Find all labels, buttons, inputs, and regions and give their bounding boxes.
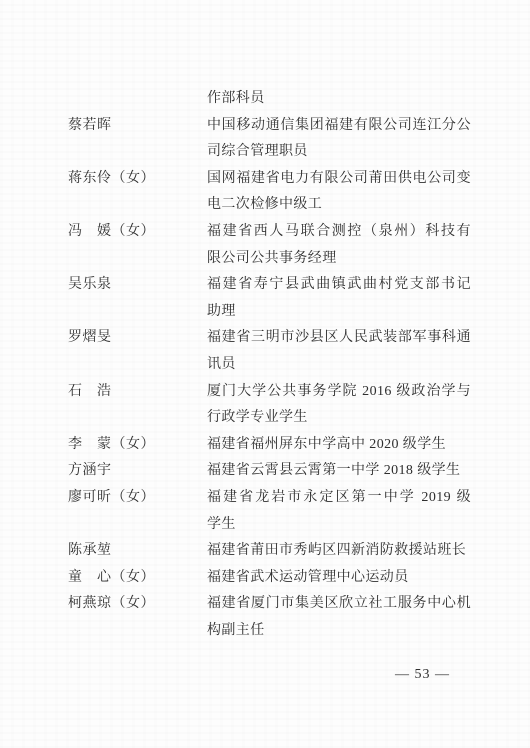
affiliation-line: 国网福建省电力有限公司莆田供电公司变 — [207, 166, 471, 193]
person-affiliation: 福建省云霄县云霄第一中学 2018 级学生 — [207, 458, 471, 485]
person-name: 童 心（女） — [68, 565, 207, 592]
person-name: 石 浩 — [68, 379, 207, 406]
affiliation-line: 厦门大学公共事务学院 2016 级政治学与 — [207, 379, 471, 406]
list-entry: 李 蒙（女） 福建省福州屏东中学高中 2020 级学生 — [68, 432, 471, 459]
person-affiliation: 作部科员 — [207, 86, 471, 113]
person-affiliation: 福建省三明市沙县区人民武装部军事科通讯员 — [207, 325, 471, 378]
list-entry: 作部科员 — [68, 86, 471, 113]
person-affiliation: 福建省龙岩市永定区第一中学 2019 级学生 — [207, 485, 471, 538]
affiliation-line: 福建省云霄县云霄第一中学 2018 级学生 — [207, 458, 471, 485]
affiliation-line: 福建省武术运动管理中心运动员 — [207, 565, 471, 592]
list-entry: 冯 媛（女） 福建省西人马联合测控（泉州）科技有限公司公共事务经理 — [68, 219, 471, 272]
affiliation-line: 福建省龙岩市永定区第一中学 2019 级 — [207, 485, 471, 512]
affiliation-line: 福建省寿宁县武曲镇武曲村党支部书记 — [207, 272, 471, 299]
affiliation-line: 福建省厦门市集美区欣立社工服务中心机 — [207, 591, 471, 618]
affiliation-line: 福建省三明市沙县区人民武装部军事科通 — [207, 325, 471, 352]
person-name: 方涵宇 — [68, 458, 207, 485]
person-name: 吴乐泉 — [68, 272, 207, 299]
affiliation-line: 行政学专业学生 — [207, 405, 471, 432]
person-affiliation: 福建省西人马联合测控（泉州）科技有限公司公共事务经理 — [207, 219, 471, 272]
person-affiliation: 福建省武术运动管理中心运动员 — [207, 565, 471, 592]
list-entry: 童 心（女） 福建省武术运动管理中心运动员 — [68, 565, 471, 592]
affiliation-line: 作部科员 — [207, 86, 471, 113]
page-number: — 53 — — [395, 666, 450, 684]
affiliation-line: 福建省福州屏东中学高中 2020 级学生 — [207, 432, 471, 459]
person-affiliation: 福建省福州屏东中学高中 2020 级学生 — [207, 432, 471, 459]
affiliation-line: 中国移动通信集团福建有限公司连江分公 — [207, 113, 471, 140]
person-name: 罗熠旻 — [68, 325, 207, 352]
list-entry: 石 浩 厦门大学公共事务学院 2016 级政治学与行政学专业学生 — [68, 379, 471, 432]
list-entry: 蒋东伶（女） 国网福建省电力有限公司莆田供电公司变电二次检修中级工 — [68, 166, 471, 219]
person-name: 蒋东伶（女） — [68, 166, 207, 193]
person-affiliation: 福建省厦门市集美区欣立社工服务中心机构副主任 — [207, 591, 471, 644]
affiliation-line: 福建省西人马联合测控（泉州）科技有 — [207, 219, 471, 246]
person-affiliation: 福建省寿宁县武曲镇武曲村党支部书记助理 — [207, 272, 471, 325]
person-name: 蔡若晖 — [68, 113, 207, 140]
person-affiliation: 厦门大学公共事务学院 2016 级政治学与行政学专业学生 — [207, 379, 471, 432]
person-affiliation: 国网福建省电力有限公司莆田供电公司变电二次检修中级工 — [207, 166, 471, 219]
affiliation-line: 福建省莆田市秀屿区四新消防救援站班长 — [207, 538, 471, 565]
person-name: 廖可昕（女） — [68, 485, 207, 512]
affiliation-line: 限公司公共事务经理 — [207, 246, 471, 273]
list-entry: 陈承堃 福建省莆田市秀屿区四新消防救援站班长 — [68, 538, 471, 565]
list-entry: 方涵宇 福建省云霄县云霄第一中学 2018 级学生 — [68, 458, 471, 485]
list-entry: 蔡若晖 中国移动通信集团福建有限公司连江分公司综合管理职员 — [68, 113, 471, 166]
recognition-list: 作部科员 蔡若晖 中国移动通信集团福建有限公司连江分公司综合管理职员 蒋东伶（女… — [68, 86, 471, 644]
document-page: 作部科员 蔡若晖 中国移动通信集团福建有限公司连江分公司综合管理职员 蒋东伶（女… — [0, 0, 530, 748]
person-affiliation: 中国移动通信集团福建有限公司连江分公司综合管理职员 — [207, 113, 471, 166]
person-name: 柯燕琼（女） — [68, 591, 207, 618]
affiliation-line: 司综合管理职员 — [207, 139, 471, 166]
person-name: 陈承堃 — [68, 538, 207, 565]
person-name: 冯 媛（女） — [68, 219, 207, 246]
affiliation-line: 助理 — [207, 299, 471, 326]
list-entry: 柯燕琼（女） 福建省厦门市集美区欣立社工服务中心机构副主任 — [68, 591, 471, 644]
list-entry: 吴乐泉 福建省寿宁县武曲镇武曲村党支部书记助理 — [68, 272, 471, 325]
affiliation-line: 讯员 — [207, 352, 471, 379]
affiliation-line: 电二次检修中级工 — [207, 192, 471, 219]
list-entry: 罗熠旻 福建省三明市沙县区人民武装部军事科通讯员 — [68, 325, 471, 378]
person-name: 李 蒙（女） — [68, 432, 207, 459]
person-affiliation: 福建省莆田市秀屿区四新消防救援站班长 — [207, 538, 471, 565]
affiliation-line: 构副主任 — [207, 618, 471, 645]
affiliation-line: 学生 — [207, 512, 471, 539]
list-entry: 廖可昕（女） 福建省龙岩市永定区第一中学 2019 级学生 — [68, 485, 471, 538]
